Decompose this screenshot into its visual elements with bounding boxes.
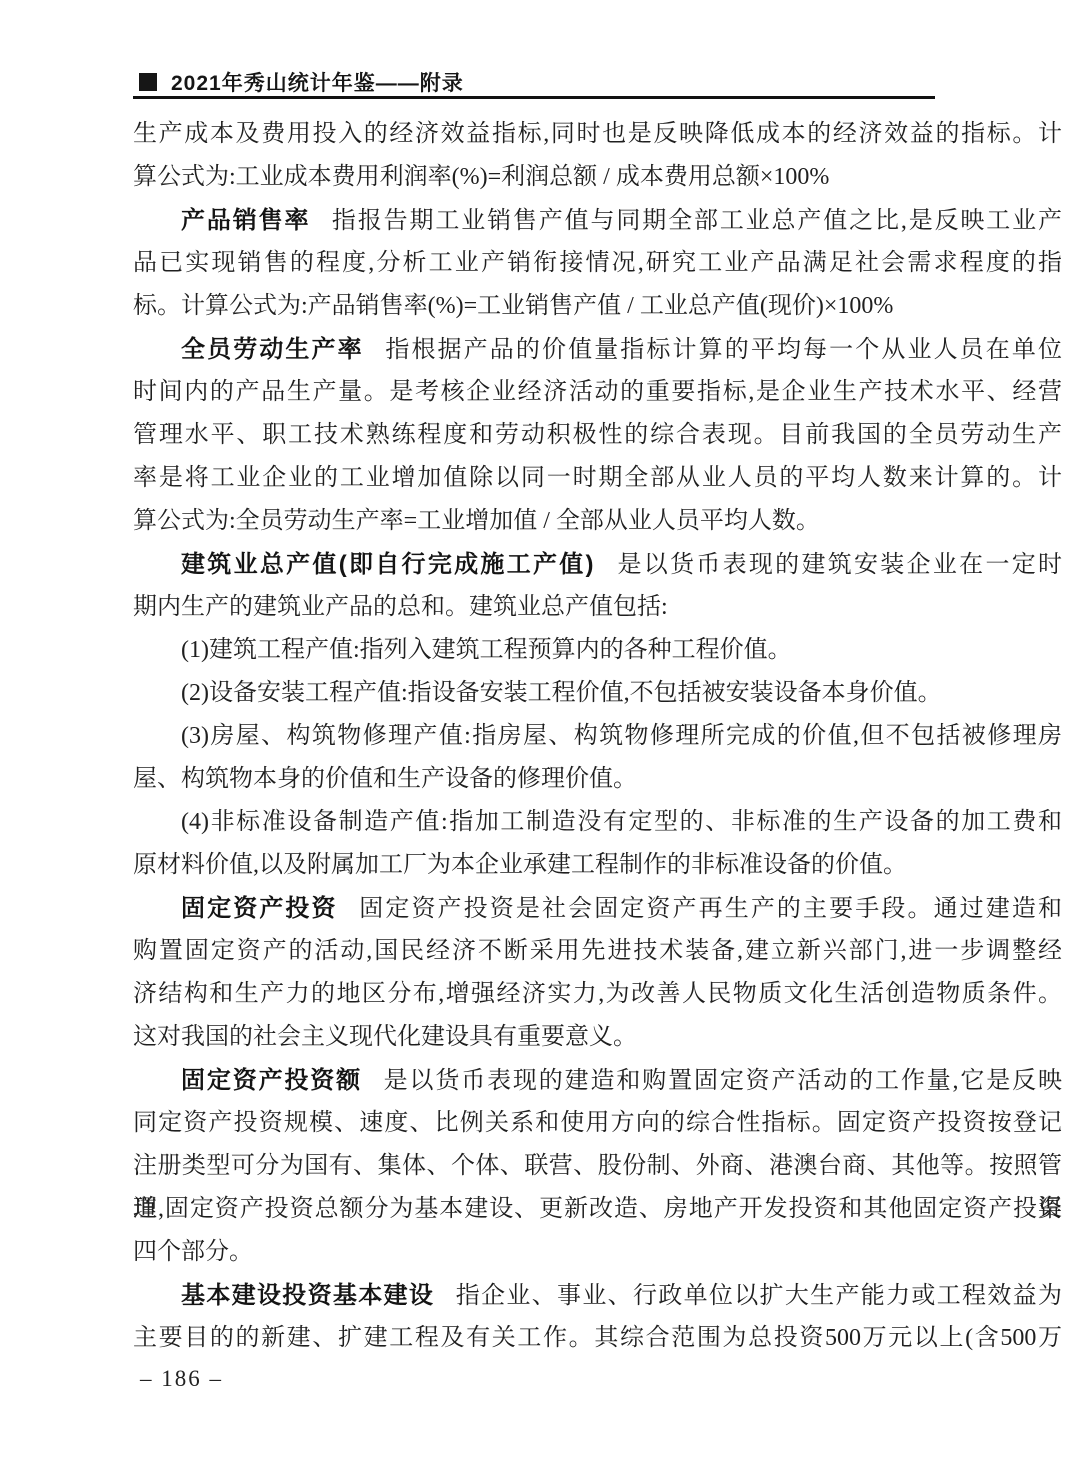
line-text: (1)建筑工程产值:指列入建筑工程预算内的各种工程价值。 [181, 637, 792, 663]
line-text: (3)房屋、构筑物修理产值:指房屋、构筑物修理所完成的价值,但不包括被修理房 [181, 723, 1062, 749]
line-text: 指企业、事业、行政单位以扩大生产能力或工程效益为 [456, 1283, 1062, 1309]
glossary-term-line: 产品销售率指报告期工业销售产值与同期全部工业总产值之比,是反映工业产 [133, 199, 1062, 242]
line-text: 指报告期工业销售产值与同期全部工业总产值之比,是反映工业产 [332, 208, 1062, 234]
line-text: 管理水平、职工技术熟练程度和劳动积极性的综合表现。目前我国的全员劳动生产 [133, 422, 1062, 448]
page-header: 2021年秀山统计年鉴——附录 [133, 68, 935, 96]
line-text: 生产成本及费用投入的经济效益指标,同时也是反映降低成本的经济效益的指标。计 [133, 121, 1062, 147]
text-line: (2)设备安装工程产值:指设备安装工程价值,不包括被安装设备本身价值。 [133, 672, 1062, 715]
glossary-term-line: 基本建设投资基本建设指企业、事业、行政单位以扩大生产能力或工程效益为 [133, 1274, 1062, 1317]
text-line: 济结构和生产力的地区分布,增强经济实力,为改善人民物质文化生活创造物质条件。 [133, 973, 1062, 1016]
glossary-term: 基本建设投资基本建设 [181, 1282, 434, 1309]
text-line: 期内生产的建筑业产品的总和。建筑业总产值包括: [133, 586, 1062, 629]
text-line: 生产成本及费用投入的经济效益指标,同时也是反映降低成本的经济效益的指标。计 [133, 113, 1062, 156]
text-line: 四个部分。 [133, 1231, 1062, 1274]
header-rule [133, 96, 935, 99]
text-line: 标。计算公式为:产品销售率(%)=工业销售产值 / 工业总产值(现价)×100% [133, 285, 1062, 328]
glossary-term-line: 固定资产投资额是以货币表现的建造和购置固定资产活动的工作量,它是反映 [133, 1059, 1062, 1102]
glossary-term-line: 固定资产投资固定资产投资是社会固定资产再生产的主要手段。通过建造和 [133, 887, 1062, 930]
line-text: 四个部分。 [133, 1239, 253, 1265]
document-page: 2021年秀山统计年鉴——附录 生产成本及费用投入的经济效益指标,同时也是反映降… [0, 0, 1074, 1458]
line-text: 算公式为:全员劳动生产率=工业增加值 / 全部从业人员平均人数。 [133, 508, 820, 534]
text-line: (1)建筑工程产值:指列入建筑工程预算内的各种工程价值。 [133, 629, 1062, 672]
text-line: 率是将工业企业的工业增加值除以同一时期全部从业人员的平均人数来计算的。计 [133, 457, 1062, 500]
line-text: (4)非标准设备制造产值:指加工制造没有定型的、非标准的生产设备的加工费和 [181, 809, 1062, 835]
line-text: 济结构和生产力的地区分布,增强经济实力,为改善人民物质文化生活创造物质条件。 [133, 981, 1062, 1007]
text-line: 这对我国的社会主义现代化建设具有重要意义。 [133, 1016, 1062, 1059]
line-text: 率是将工业企业的工业增加值除以同一时期全部从业人员的平均人数来计算的。计 [133, 465, 1062, 491]
text-line: (4)非标准设备制造产值:指加工制造没有定型的、非标准的生产设备的加工费和 [133, 801, 1062, 844]
page-header-title: 2021年秀山统计年鉴——附录 [171, 67, 464, 97]
text-line: (3)房屋、构筑物修理产值:指房屋、构筑物修理所完成的价值,但不包括被修理房 [133, 715, 1062, 758]
text-line: 购置固定资产的活动,国民经济不断采用先进技术装备,建立新兴部门,进一步调整经 [133, 930, 1062, 973]
text-line: 屋、构筑物本身的价值和生产设备的修理价值。 [133, 758, 1062, 801]
black-square-icon [139, 73, 157, 91]
line-text: 算公式为:工业成本费用利润率(%)=利润总额 / 成本费用总额×100% [133, 164, 829, 190]
line-text: 固定资产投资是社会固定资产再生产的主要手段。通过建造和 [359, 896, 1062, 922]
glossary-term: 固定资产投资 [181, 895, 338, 922]
text-line: 同定资产投资规模、速度、比例关系和使用方向的综合性指标。固定资产投资按登记 [133, 1102, 1062, 1145]
line-text: 期内生产的建筑业产品的总和。建筑业总产值包括: [133, 594, 668, 620]
text-line: 管理水平、职工技术熟练程度和劳动积极性的综合表现。目前我国的全员劳动生产 [133, 414, 1062, 457]
glossary-term-line: 全员劳动生产率指根据产品的价值量指标计算的平均每一个从业人员在单位 [133, 328, 1062, 371]
text-line: 时间内的产品生产量。是考核企业经济活动的重要指标,是企业生产技术水平、经营 [133, 371, 1062, 414]
glossary-term: 固定资产投资额 [181, 1067, 362, 1094]
glossary-term-line: 建筑业总产值(即自行完成施工产值)是以货币表现的建筑安装企业在一定时 [133, 543, 1062, 586]
page-number: – 186 – [140, 1366, 223, 1392]
line-text: 是以货币表现的建造和购置固定资产活动的工作量,它是反映 [384, 1068, 1062, 1094]
glossary-term: 建筑业总产值(即自行完成施工产值) [181, 551, 594, 578]
line-text: 原材料价值,以及附属加工厂为本企业承建工程制作的非标准设备的价值。 [133, 852, 907, 878]
text-line: 算公式为:工业成本费用利润率(%)=利润总额 / 成本费用总额×100% [133, 156, 1062, 199]
line-text: 指根据产品的价值量指标计算的平均每一个从业人员在单位 [385, 337, 1062, 363]
line-text: 品已实现销售的程度,分析工业产销衔接情况,研究工业产品满足社会需求程度的指 [133, 250, 1062, 276]
line-text: 道,固定资产投资总额分为基本建设、更新改造、房地产开发投资和其他固定资产投资 [133, 1196, 1062, 1222]
text-line: 原材料价值,以及附属加工厂为本企业承建工程制作的非标准设备的价值。 [133, 844, 1062, 887]
text-line: 道,固定资产投资总额分为基本建设、更新改造、房地产开发投资和其他固定资产投资 [133, 1188, 1062, 1231]
text-line: 主要目的的新建、扩建工程及有关工作。其综合范围为总投资500万元以上(含500万 [133, 1317, 1062, 1360]
text-line: 算公式为:全员劳动生产率=工业增加值 / 全部从业人员平均人数。 [133, 500, 1062, 543]
line-text: 屋、构筑物本身的价值和生产设备的修理价值。 [133, 766, 637, 792]
line-text: 是以货币表现的建筑安装企业在一定时 [615, 552, 1062, 578]
line-text: 同定资产投资规模、速度、比例关系和使用方向的综合性指标。固定资产投资按登记 [133, 1110, 1062, 1136]
line-text: (2)设备安装工程产值:指设备安装工程价值,不包括被安装设备本身价值。 [181, 680, 942, 706]
line-text: 购置固定资产的活动,国民经济不断采用先进技术装备,建立新兴部门,进一步调整经 [133, 938, 1062, 964]
glossary-term: 全员劳动生产率 [181, 336, 364, 363]
body-text: 生产成本及费用投入的经济效益指标,同时也是反映降低成本的经济效益的指标。计算公式… [133, 113, 1062, 1360]
line-text: 时间内的产品生产量。是考核企业经济活动的重要指标,是企业生产技术水平、经营 [133, 379, 1062, 405]
line-text: 主要目的的新建、扩建工程及有关工作。其综合范围为总投资500万元以上(含500万 [133, 1325, 1062, 1351]
line-text: 标。计算公式为:产品销售率(%)=工业销售产值 / 工业总产值(现价)×100% [133, 293, 893, 319]
glossary-term: 产品销售率 [181, 207, 310, 234]
line-text: 这对我国的社会主义现代化建设具有重要意义。 [133, 1024, 637, 1050]
text-line: 注册类型可分为国有、集体、个体、联营、股份制、外商、港澳台商、其他等。按照管理渠 [133, 1145, 1062, 1188]
text-line: 品已实现销售的程度,分析工业产销衔接情况,研究工业产品满足社会需求程度的指 [133, 242, 1062, 285]
